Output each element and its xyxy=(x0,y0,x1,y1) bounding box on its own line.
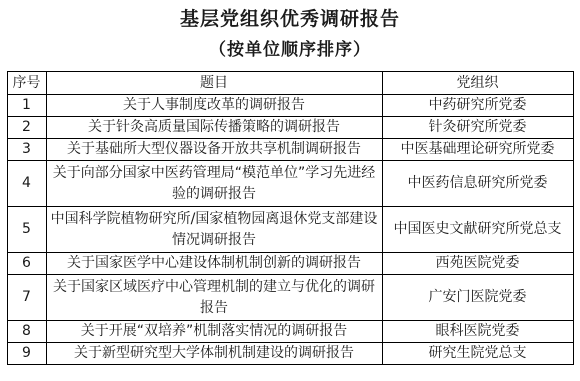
row-no: 7 xyxy=(7,275,46,321)
row-org: 研究生院党总支 xyxy=(382,343,573,365)
table-row: 2 关于针灸高质量国际传播策略的调研报告 针灸研究所党委 xyxy=(7,117,573,139)
row-org: 针灸研究所党委 xyxy=(382,117,573,139)
row-title: 关于国家区域医疗中心管理机制的建立与优化的调研报告 xyxy=(46,275,382,321)
row-no: 8 xyxy=(7,321,46,343)
row-title: 关于人事制度改革的调研报告 xyxy=(46,95,382,117)
row-title: 关于针灸高质量国际传播策略的调研报告 xyxy=(46,117,382,139)
row-no: 9 xyxy=(7,343,46,365)
page-title: 基层党组织优秀调研报告 xyxy=(0,7,580,31)
row-title: 关于国家医学中心建设体制机制创新的调研报告 xyxy=(46,253,382,275)
row-org: 中医药信息研究所党委 xyxy=(382,161,573,207)
row-no: 1 xyxy=(7,95,46,117)
row-no: 2 xyxy=(7,117,46,139)
row-org: 广安门医院党委 xyxy=(382,275,573,321)
row-org: 中药研究所党委 xyxy=(382,95,573,117)
row-no: 3 xyxy=(7,139,46,161)
row-org: 眼科医院党委 xyxy=(382,321,573,343)
table-row: 1 关于人事制度改革的调研报告 中药研究所党委 xyxy=(7,95,573,117)
row-no: 5 xyxy=(7,207,46,253)
row-org: 中国医史文献研究所党总支 xyxy=(382,207,573,253)
header-org: 党组织 xyxy=(382,72,573,95)
table-row: 8 关于开展“双培养”机制落实情况的调研报告 眼科医院党委 xyxy=(7,321,573,343)
report-table: 序号 题目 党组织 1 关于人事制度改革的调研报告 中药研究所党委 2 关于针灸… xyxy=(7,71,574,365)
document-page: 基层党组织优秀调研报告 （按单位顺序排序） 序号 题目 党组织 1 关于人事制度… xyxy=(0,0,580,381)
row-no: 6 xyxy=(7,253,46,275)
row-title: 关于基础所大型仪器设备开放共享机制调研报告 xyxy=(46,139,382,161)
table-row: 4 关于向部分国家中医药管理局“模范单位”学习先进经验的调研报告 中医药信息研究… xyxy=(7,161,573,207)
row-org: 西苑医院党委 xyxy=(382,253,573,275)
table-row: 9 关于新型研究型大学体制机制建设的调研报告 研究生院党总支 xyxy=(7,343,573,365)
table-row: 5 中国科学院植物研究所/国家植物园离退休党支部建设情况调研报告 中国医史文献研… xyxy=(7,207,573,253)
page-subtitle: （按单位顺序排序） xyxy=(0,39,580,61)
row-title: 关于新型研究型大学体制机制建设的调研报告 xyxy=(46,343,382,365)
row-title: 关于向部分国家中医药管理局“模范单位”学习先进经验的调研报告 xyxy=(46,161,382,207)
table-header-row: 序号 题目 党组织 xyxy=(7,72,573,95)
row-org: 中医基础理论研究所党委 xyxy=(382,139,573,161)
table-row: 7 关于国家区域医疗中心管理机制的建立与优化的调研报告 广安门医院党委 xyxy=(7,275,573,321)
row-no: 4 xyxy=(7,161,46,207)
table-row: 6 关于国家医学中心建设体制机制创新的调研报告 西苑医院党委 xyxy=(7,253,573,275)
header-title: 题目 xyxy=(46,72,382,95)
row-title: 中国科学院植物研究所/国家植物园离退休党支部建设情况调研报告 xyxy=(46,207,382,253)
header-no: 序号 xyxy=(7,72,46,95)
table-row: 3 关于基础所大型仪器设备开放共享机制调研报告 中医基础理论研究所党委 xyxy=(7,139,573,161)
row-title: 关于开展“双培养”机制落实情况的调研报告 xyxy=(46,321,382,343)
